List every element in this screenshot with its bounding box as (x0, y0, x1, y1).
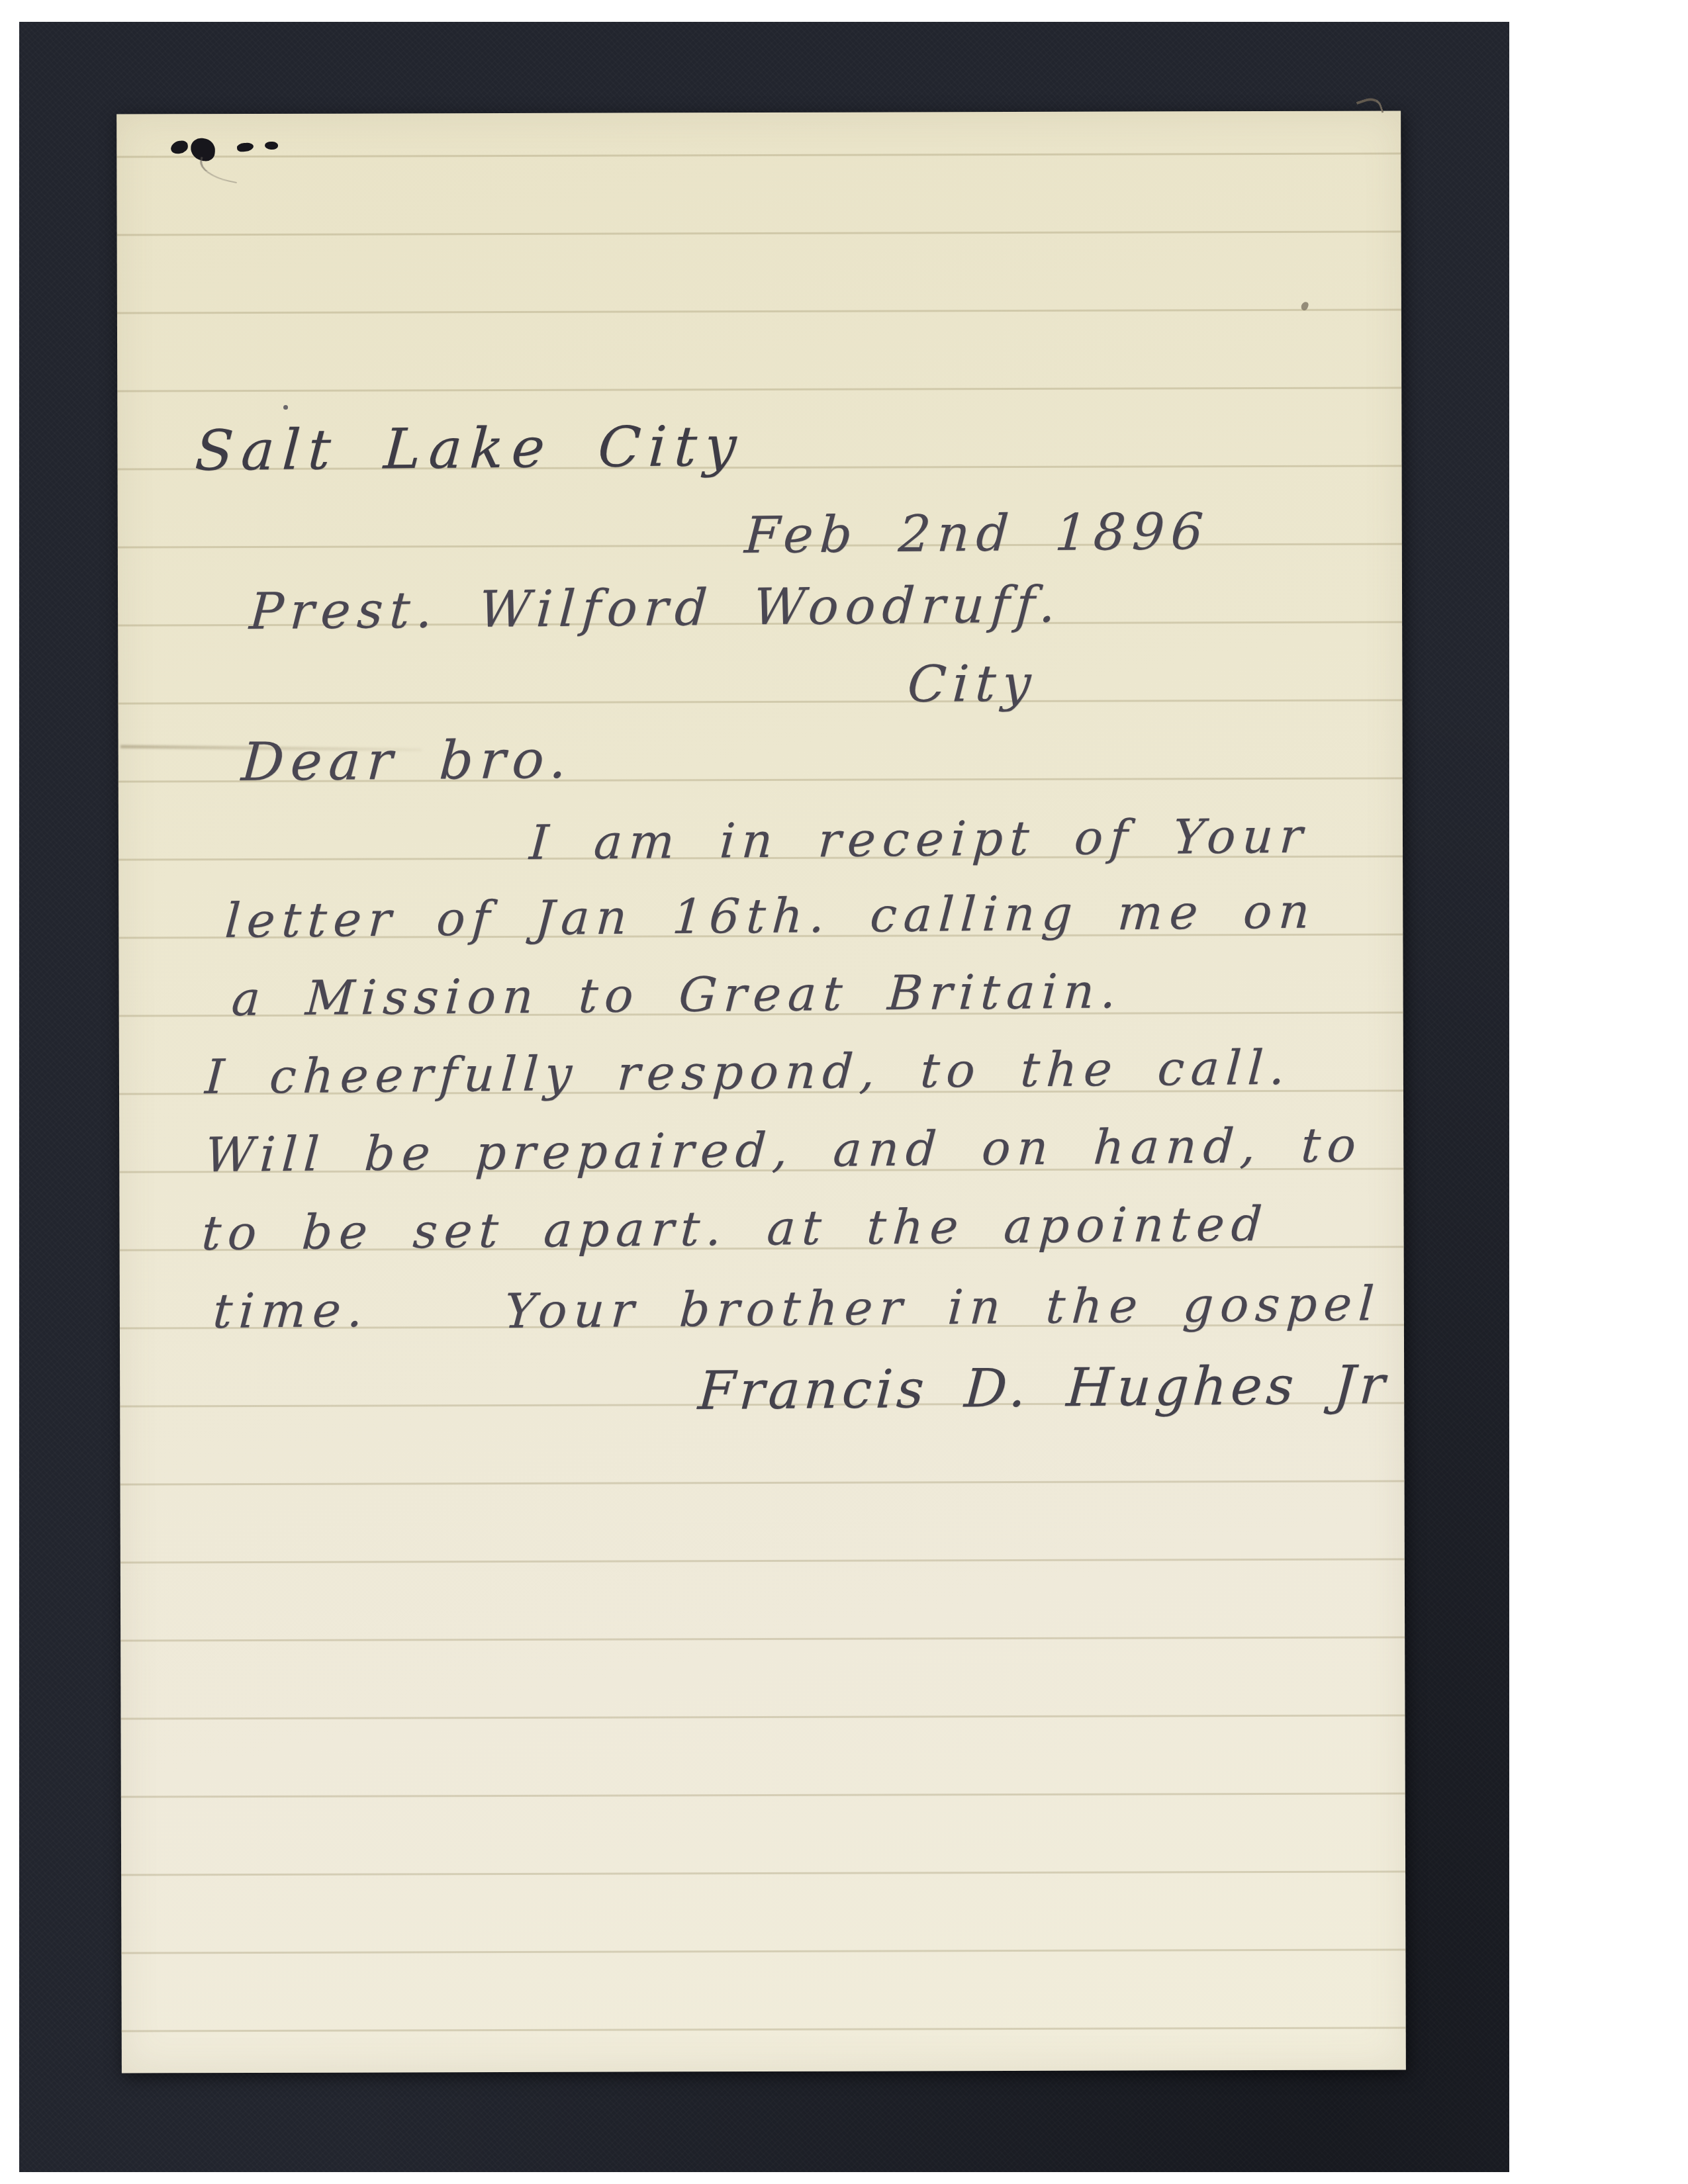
line-salutation: Dear bro. (240, 733, 575, 789)
body-line: a Mission to Great Britain. (230, 967, 1124, 1023)
body-line: letter of Jan 16th. calling me on (224, 887, 1318, 944)
line-date: Feb 2nd 1896 (743, 506, 1211, 561)
body-line: time. (212, 1286, 371, 1335)
ink-speck (283, 405, 288, 410)
line-place: Salt Lake City (193, 418, 745, 478)
letter-scan: Salt Lake City Feb 2nd 1896 Prest. Wilfo… (0, 0, 1688, 2184)
line-closing: Your brother in the gospel (503, 1279, 1382, 1335)
body-line: to be set apart. at the apointed (201, 1200, 1270, 1257)
body-line: I am in receipt of Your (528, 812, 1311, 866)
body-line: Will be prepaired, and on hand, to (204, 1121, 1364, 1179)
line-signature: Francis D. Hughes Jr (697, 1359, 1391, 1418)
line-recipient-city: City (906, 658, 1039, 709)
line-recipient: Prest. Wilford Woodruff. (248, 579, 1064, 637)
body-line: I cheerfully respond, to the call. (204, 1044, 1293, 1101)
